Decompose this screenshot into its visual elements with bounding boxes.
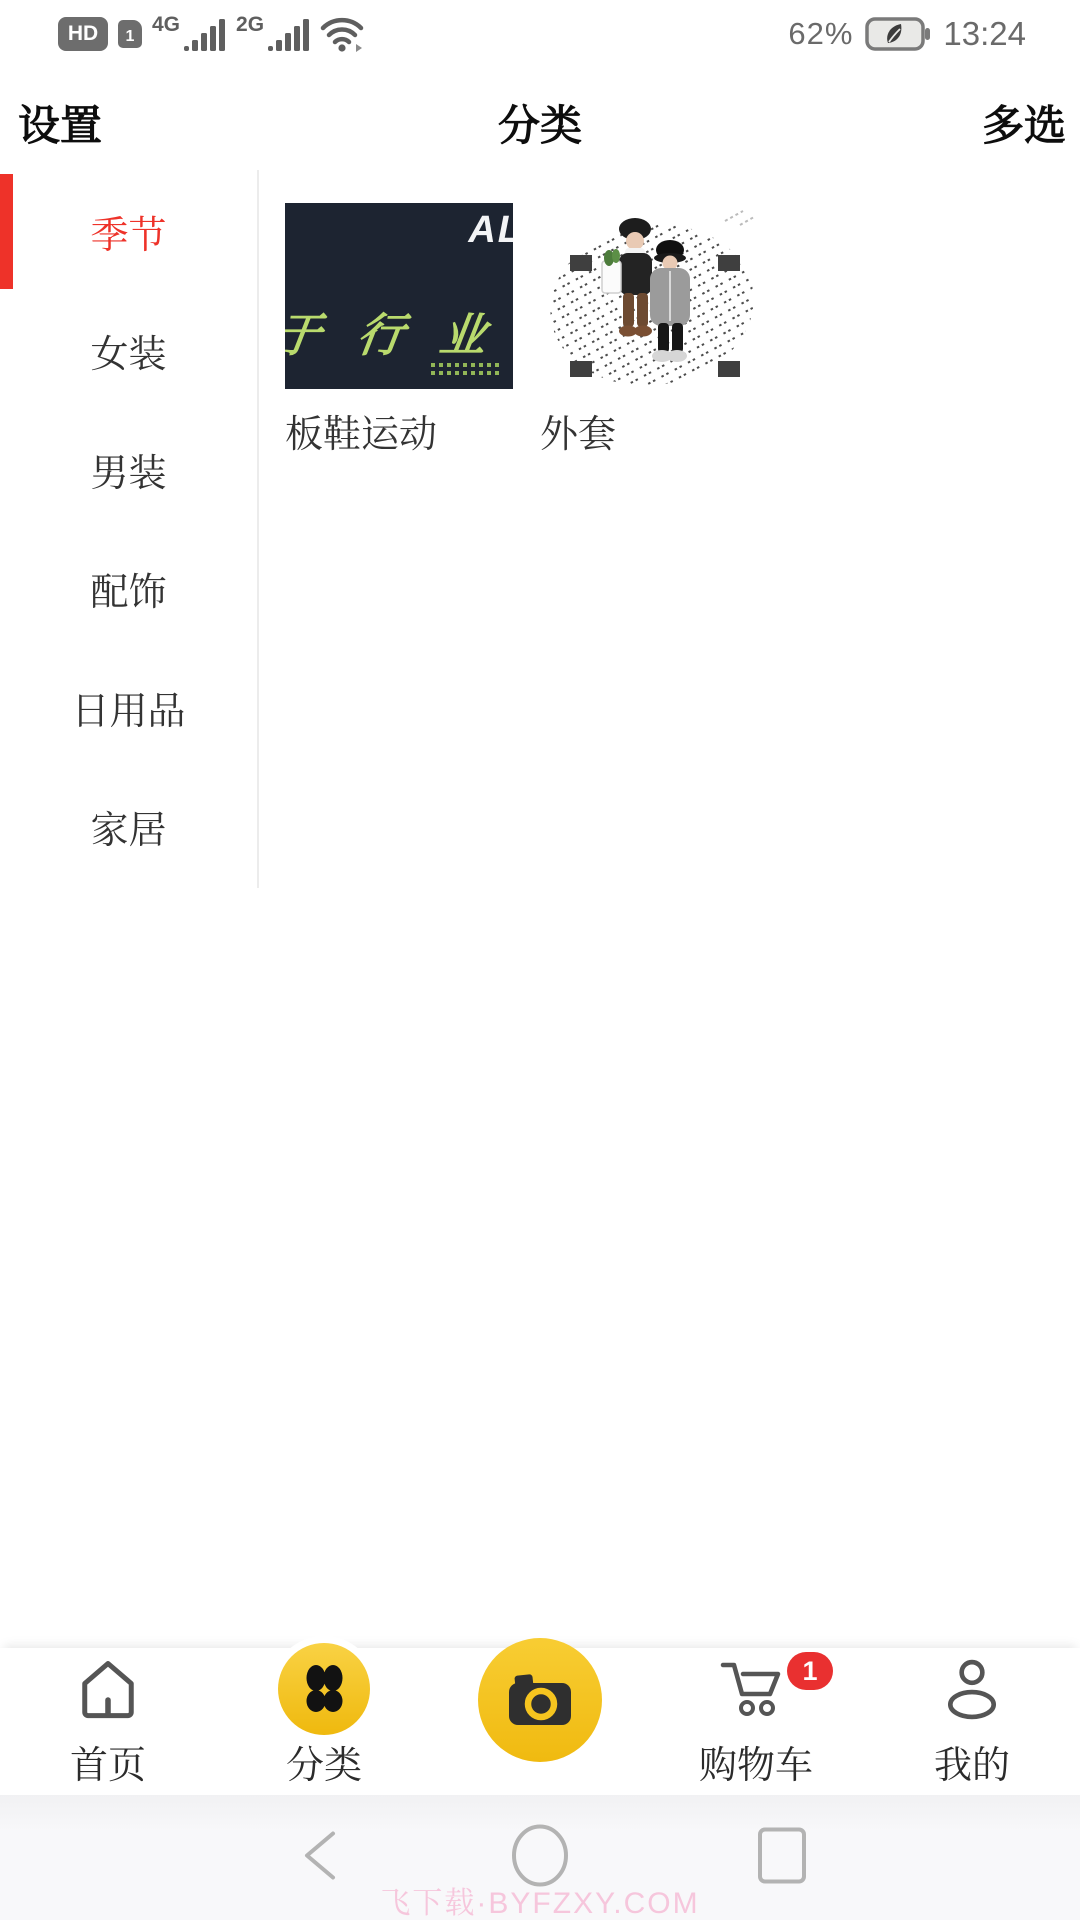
- tab-categories-active[interactable]: 分类: [216, 1648, 432, 1795]
- selected-indicator-bar: [0, 174, 13, 289]
- back-button[interactable]: [297, 1827, 341, 1888]
- sidebar-divider: [257, 170, 259, 888]
- cart-icon: [719, 1658, 793, 1722]
- category-icon: [278, 1643, 370, 1735]
- status-left-cluster: HD 1 4G 2G: [58, 12, 366, 56]
- category-label: 外套: [540, 403, 772, 458]
- category-sidebar: 季节 女装 男装 配饰 日用品 家居: [0, 172, 257, 886]
- back-icon: [297, 1827, 341, 1883]
- network-type-label: 2G: [236, 14, 264, 35]
- tab-label: 分类: [216, 1734, 432, 1789]
- hd-voice-icon: HD: [58, 17, 108, 51]
- kids-coats-image: [540, 203, 772, 389]
- sidebar-item-womens[interactable]: 女装: [0, 291, 257, 410]
- sidebar-item-label: 季节: [90, 204, 166, 259]
- settings-button[interactable]: 设置: [18, 93, 102, 153]
- sidebar-item-label: 日用品: [71, 680, 185, 735]
- tab-profile[interactable]: 我的: [864, 1648, 1080, 1795]
- signal-bars-icon: [266, 14, 310, 54]
- category-image: [540, 203, 772, 389]
- tab-label: 首页: [0, 1734, 216, 1789]
- cart-badge: 1: [787, 1652, 833, 1690]
- tab-home[interactable]: 首页: [0, 1648, 216, 1795]
- recents-button[interactable]: [755, 1824, 809, 1891]
- app-screen: HD 1 4G 2G: [0, 0, 1080, 1920]
- sidebar-item-label: 家居: [90, 799, 166, 854]
- recents-icon: [755, 1824, 809, 1886]
- tab-camera-search[interactable]: [432, 1648, 648, 1795]
- status-bar: HD 1 4G 2G: [0, 0, 1080, 66]
- status-right-cluster: 62% 13:24: [788, 12, 1026, 56]
- tab-label: 我的: [864, 1734, 1080, 1789]
- signal-bars-icon: [182, 14, 226, 54]
- multi-select-button[interactable]: 多选: [982, 93, 1066, 153]
- sidebar-item-accessories[interactable]: 配饰: [0, 529, 257, 648]
- tab-cart[interactable]: 1 购物车: [648, 1648, 864, 1795]
- home-circle-icon: [508, 1821, 572, 1889]
- kids-photo-illustration: [540, 203, 772, 389]
- camera-button[interactable]: [478, 1638, 602, 1762]
- sidebar-item-seasons[interactable]: 季节: [0, 172, 257, 291]
- sneaker-banner-image: AL 于 行 业 标: [285, 203, 513, 389]
- sidebar-item-daily-goods[interactable]: 日用品: [0, 648, 257, 767]
- network-type-label: 4G: [152, 14, 180, 35]
- banner-fineprint: [431, 359, 503, 375]
- wifi-icon: [320, 14, 366, 54]
- sidebar-item-mens[interactable]: 男装: [0, 410, 257, 529]
- user-icon: [942, 1658, 1002, 1720]
- category-card-sneakers[interactable]: AL 于 行 业 标 板鞋运动: [285, 203, 513, 458]
- battery-icon: [865, 16, 931, 52]
- sidebar-item-label: 女装: [90, 323, 166, 378]
- sidebar-item-home-living[interactable]: 家居: [0, 767, 257, 886]
- tab-label: 购物车: [648, 1734, 864, 1789]
- battery-percent-label: 62%: [788, 16, 853, 52]
- category-image: AL 于 行 业 标: [285, 203, 513, 389]
- signal-2g: 2G: [236, 14, 310, 54]
- signal-4g: 4G: [152, 14, 226, 54]
- banner-corner-text: AL: [468, 209, 513, 252]
- sidebar-item-label: 配饰: [90, 561, 166, 616]
- page-title: 分类: [498, 93, 582, 153]
- clock-label: 13:24: [943, 15, 1026, 53]
- home-icon: [77, 1658, 139, 1720]
- home-nav-button[interactable]: [508, 1821, 572, 1894]
- category-label: 板鞋运动: [285, 403, 513, 458]
- system-nav-bar: [0, 1795, 1080, 1920]
- camera-icon: [507, 1673, 573, 1727]
- sim-card-icon: 1: [118, 20, 142, 48]
- sidebar-item-label: 男装: [90, 442, 166, 497]
- bottom-tab-bar: 首页 分类: [0, 1648, 1080, 1795]
- page-header: 设置 分类 多选: [0, 80, 1080, 166]
- category-card-coats[interactable]: 外套: [540, 203, 772, 458]
- banner-headline-text: 于 行 业 标: [285, 299, 513, 365]
